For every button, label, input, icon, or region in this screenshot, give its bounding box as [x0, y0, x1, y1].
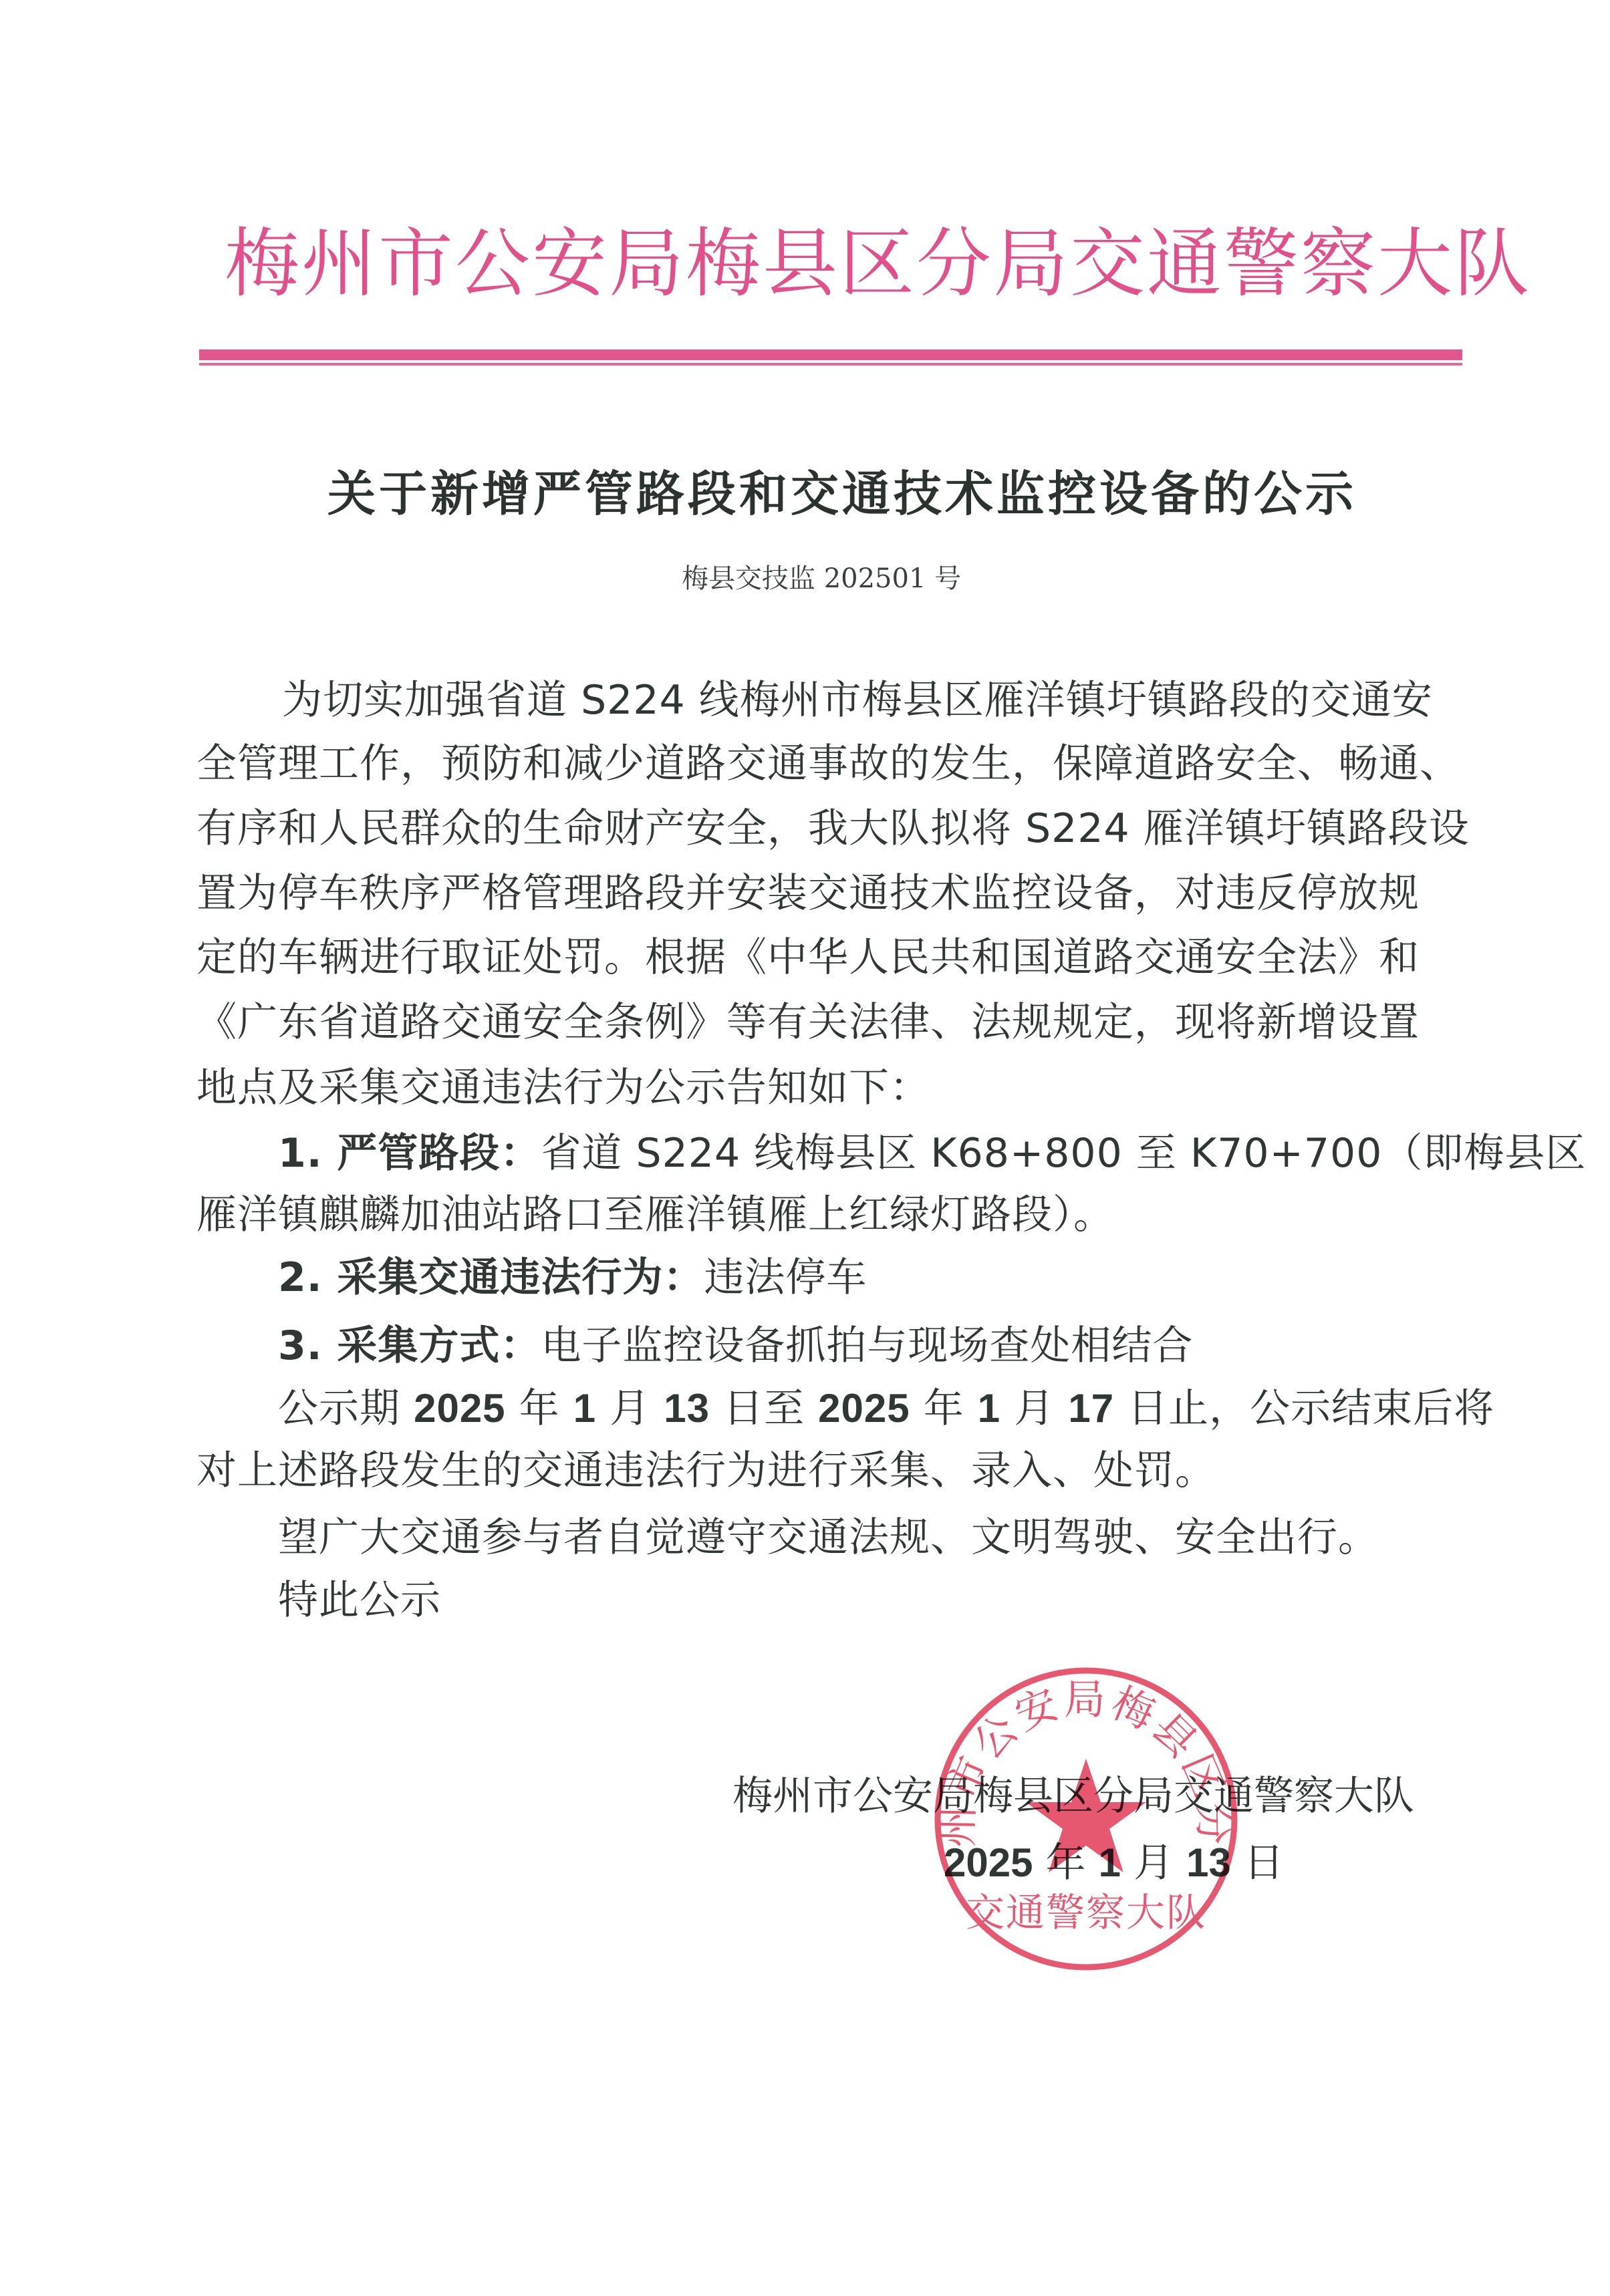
period-start-month: 1 — [573, 1386, 596, 1431]
unit-text: 月 — [1121, 1840, 1186, 1886]
intro-line: 为切实加强省道 S224 线梅州市梅县区雁洋镇圩镇路段的交通安 — [282, 674, 1433, 727]
masthead-divider-thick — [199, 349, 1462, 360]
unit-text: 月 — [1000, 1385, 1068, 1432]
publicity-period-continuation: 对上述路段发生的交通违法行为进行采集、录入、处罚。 — [196, 1444, 1216, 1497]
publicity-period: 公示期 2025 年 1 月 13 日至 2025 年 1 月 17 日止，公示… — [278, 1382, 1494, 1435]
seal-bottom-text: 交通警察大队 — [966, 1890, 1206, 1935]
closing-text: 特此公示 — [278, 1574, 441, 1627]
item-text: 电子监控设备抓拍与现场查处相结合 — [541, 1322, 1193, 1369]
item-violation-type: 2. 采集交通违法行为：违法停车 — [278, 1251, 867, 1304]
signature-date: 2025 年 1 月 13 日 — [944, 1836, 1284, 1890]
intro-line: 地点及采集交通违法行为公示告知如下： — [196, 1061, 930, 1115]
unit-text: 年 — [910, 1385, 978, 1432]
period-start-year: 2025 — [414, 1386, 505, 1431]
date-month: 1 — [1099, 1840, 1121, 1885]
period-end-month: 1 — [978, 1386, 1000, 1431]
item-label: 3. 采集方式： — [278, 1322, 541, 1369]
intro-line: 全管理工作，预防和减少道路交通事故的发生，保障道路安全、畅通、 — [196, 737, 1460, 791]
masthead-divider-thin — [199, 363, 1462, 366]
document-number: 梅县交技监 202501 号 — [682, 559, 961, 599]
period-end-year: 2025 — [818, 1386, 910, 1431]
unit-text: 年 — [1033, 1840, 1098, 1886]
period-start-day: 13 — [664, 1386, 710, 1431]
intro-line: 有序和人民群众的生命财产安全，我大队拟将 S224 雁洋镇圩镇路段设 — [196, 802, 1470, 855]
item-text: 违法停车 — [704, 1254, 867, 1301]
unit-text: 日 — [1231, 1840, 1284, 1886]
item-road-section-continuation: 雁洋镇麒麟加油站路口至雁洋镇雁上红绿灯路段）。 — [196, 1188, 1114, 1242]
appeal-text: 望广大交通参与者自觉遵守交通法规、文明驾驶、安全出行。 — [278, 1511, 1379, 1564]
period-prefix: 公示期 — [278, 1385, 414, 1432]
item-label: 1. 严管路段： — [278, 1130, 541, 1177]
intro-line: 《广东省道路交通安全条例》等有关法律、法规规定，现将新增设置 — [196, 996, 1420, 1049]
unit-text: 日止，公示结束后将 — [1114, 1385, 1494, 1432]
unit-text: 日至 — [710, 1385, 818, 1432]
period-end-day: 17 — [1068, 1386, 1114, 1431]
item-label: 2. 采集交通违法行为： — [278, 1254, 704, 1301]
notice-title: 关于新增严管路段和交通技术监控设备的公示 — [327, 464, 1330, 524]
unit-text: 月 — [596, 1385, 664, 1432]
signature-org-name: 梅州市公安局梅县区分局交通警察大队 — [732, 1769, 1414, 1823]
date-year: 2025 — [944, 1840, 1033, 1885]
item-road-section: 1. 严管路段：省道 S224 线梅县区 K68+800 至 K70+700（即… — [278, 1127, 1586, 1180]
item-text: 省道 S224 线梅县区 K68+800 至 K70+700（即梅县区 — [541, 1130, 1586, 1177]
unit-text: 年 — [506, 1385, 573, 1432]
date-day: 13 — [1186, 1840, 1231, 1885]
intro-line: 置为停车秩序严格管理路段并安装交通技术监控设备，对违反停放规 — [196, 867, 1420, 920]
item-collection-method: 3. 采集方式：电子监控设备抓拍与现场查处相结合 — [278, 1319, 1193, 1373]
masthead-org-name: 梅州市公安局梅县区分局交通警察大队 — [225, 221, 1468, 307]
intro-line: 定的车辆进行取证处罚。根据《中华人民共和国道路交通安全法》和 — [196, 931, 1420, 984]
